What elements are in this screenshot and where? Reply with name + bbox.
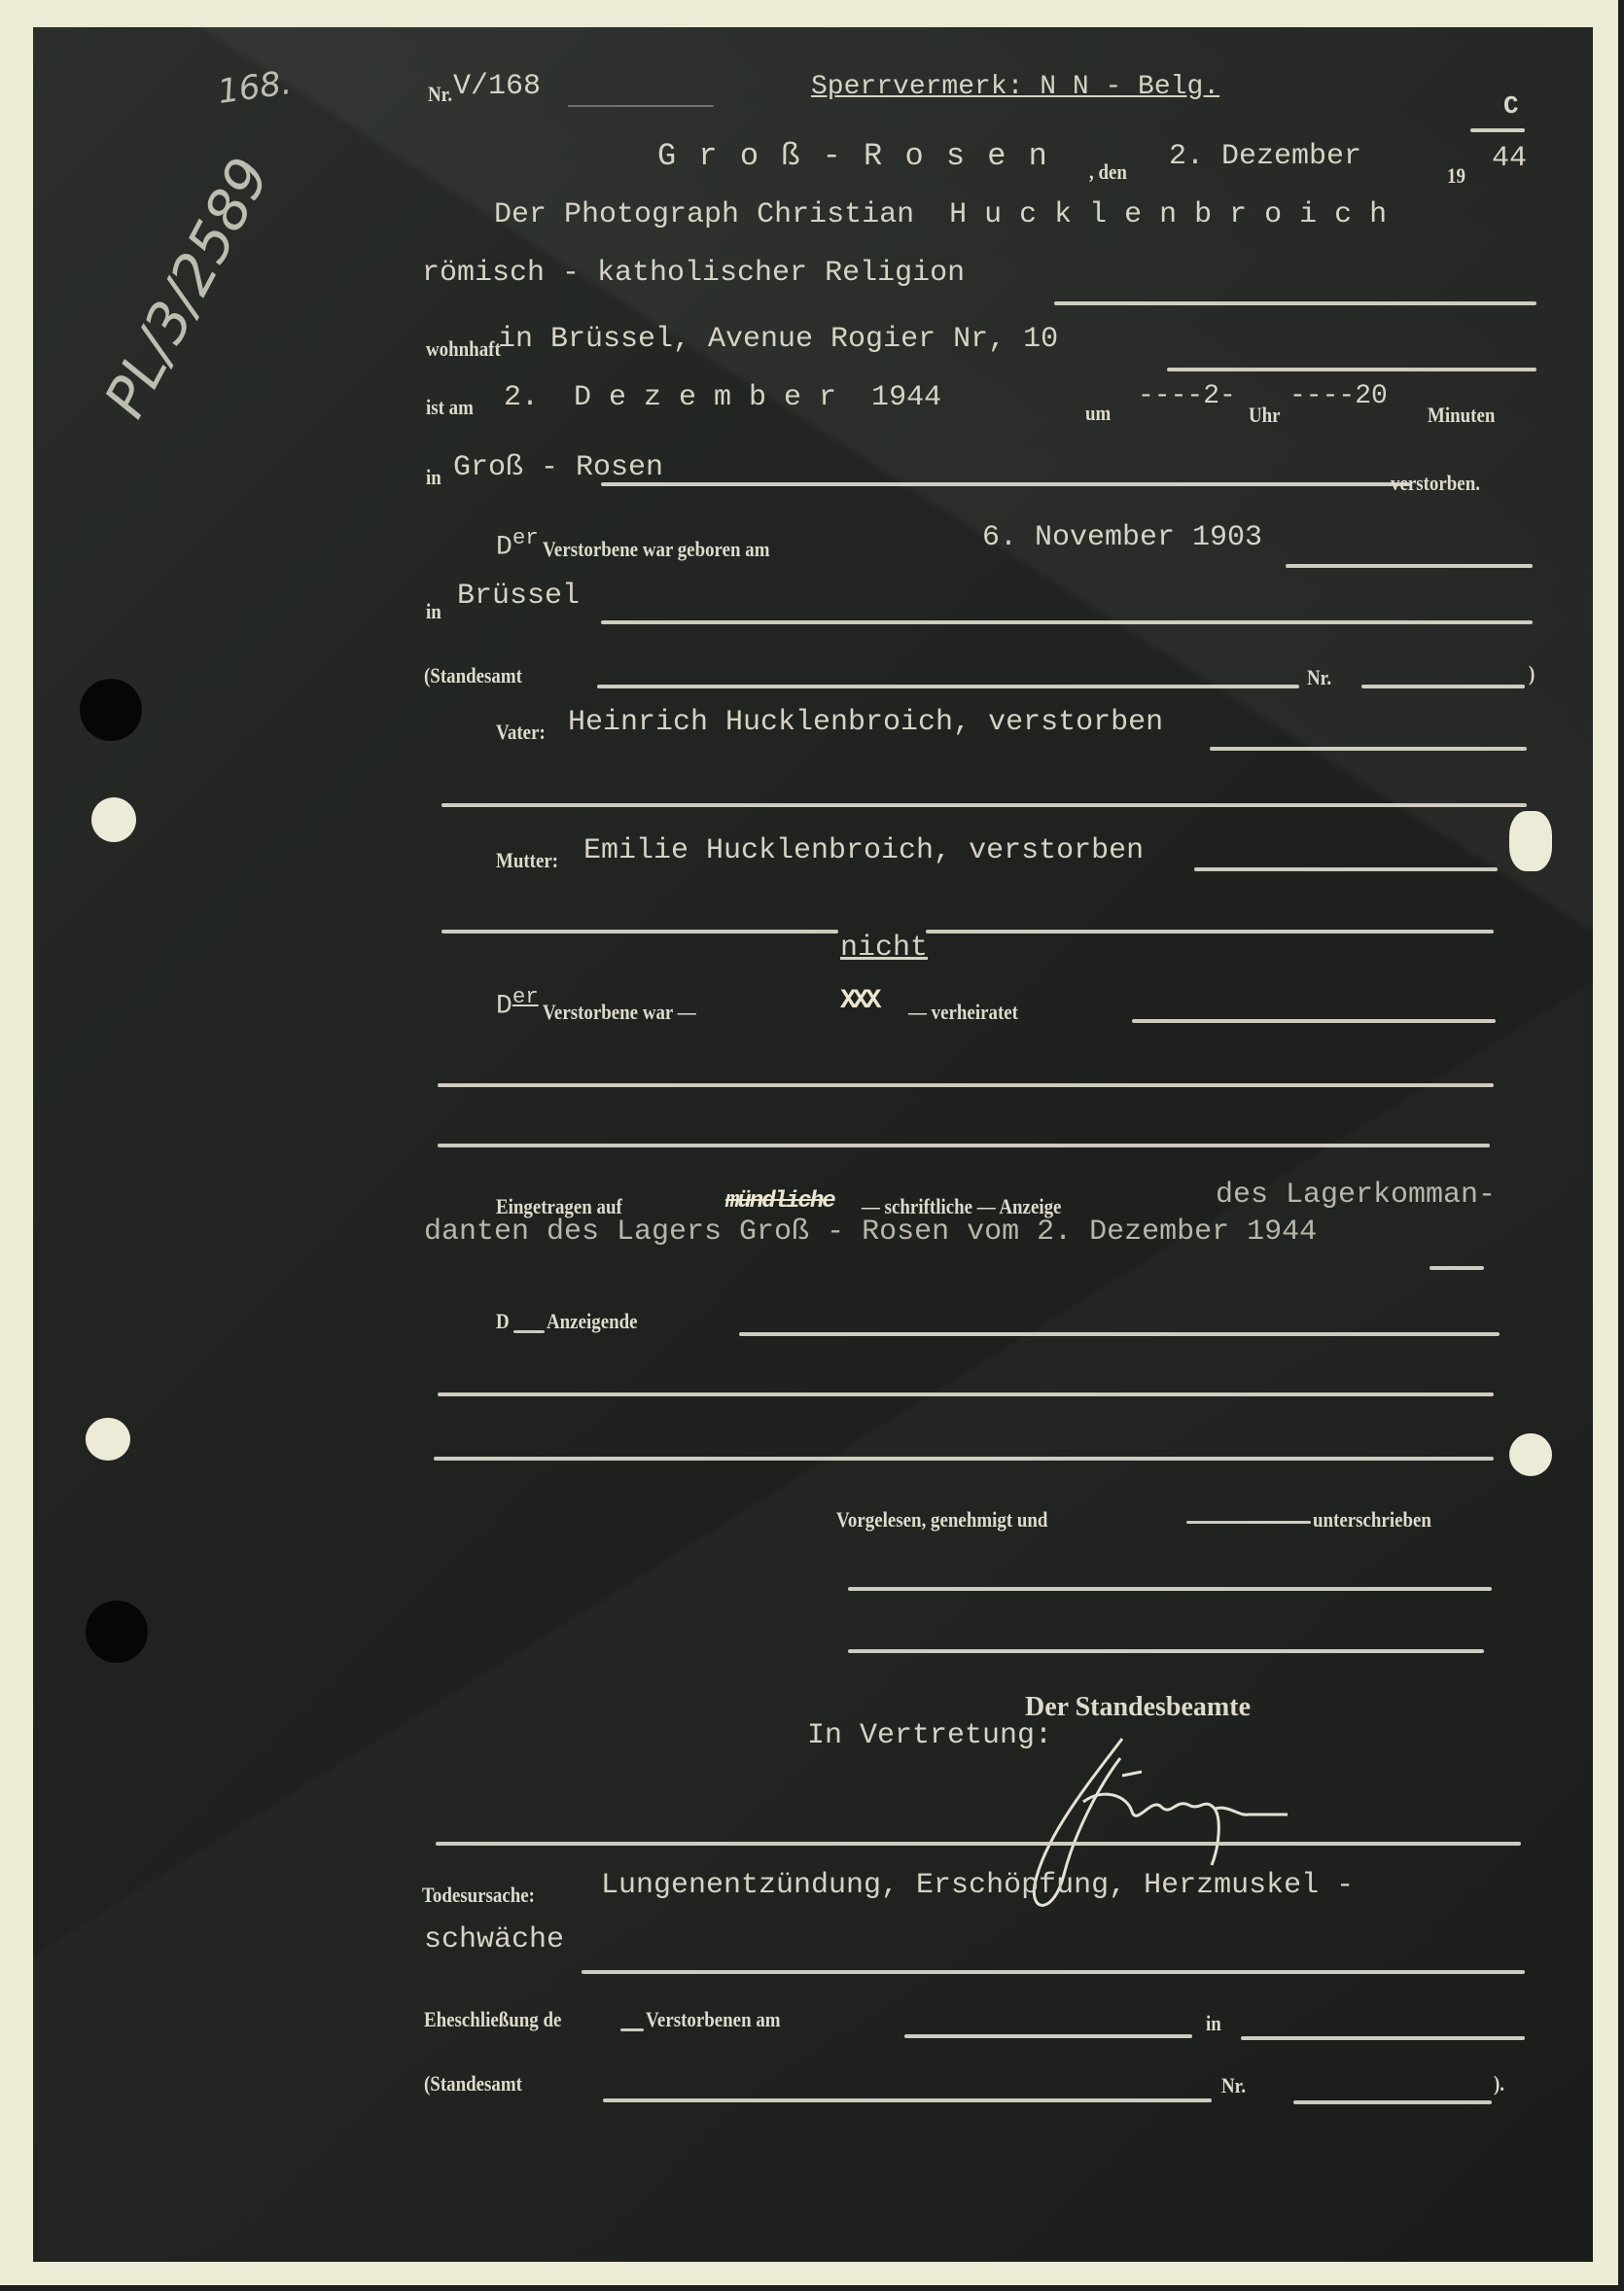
birth-place-prefix: in — [426, 599, 441, 624]
registration-text-1: des Lagerkomman- — [1216, 1179, 1496, 1212]
place: G r o ß - R o s e n — [657, 138, 1049, 174]
informant-label: Anzeigende — [547, 1309, 638, 1334]
informant-gap-line — [513, 1330, 545, 1333]
cause-label: Todesursache: — [422, 1883, 535, 1908]
birth-close: ) — [1529, 661, 1535, 687]
deceased-name: Christian H u c k l e n b r o i c h — [757, 198, 1387, 231]
father-label: Vater: — [496, 720, 546, 745]
punch-hole — [86, 1418, 130, 1461]
residence-line — [1167, 368, 1536, 371]
punch-hole — [86, 1601, 148, 1663]
punch-hole — [80, 679, 142, 741]
residence-label: wohnhaft — [426, 336, 501, 362]
uhr-label: Uhr — [1249, 403, 1281, 428]
religion-line — [1054, 301, 1536, 305]
cause-line-1: Lungenentzündung, Erschöpfung, Herzmuske… — [601, 1869, 1354, 1902]
approval-gap-line — [1186, 1521, 1311, 1524]
deceased-intro: Der Photograph Christian H u c k l e n b… — [494, 198, 1387, 231]
informant-line — [739, 1332, 1500, 1336]
blank-line — [438, 1144, 1490, 1147]
marriage-place-line — [1241, 2036, 1525, 2040]
marriage-label: Eheschließung de — [424, 2007, 561, 2032]
marital-line — [1132, 1019, 1496, 1023]
nr-label: Nr. — [428, 82, 452, 107]
nr-underline — [568, 105, 714, 107]
document-page: 168. PL/3/2589 Nr. V/168 Sperrvermerk: N… — [33, 27, 1593, 2262]
mother-line-2b — [926, 930, 1494, 934]
year-prefix: 19 — [1447, 163, 1465, 189]
death-place: Groß - Rosen — [453, 451, 663, 484]
marriage-gap-line — [620, 2028, 644, 2031]
marital-inserted: nicht — [840, 932, 928, 965]
official-line — [436, 1842, 1521, 1846]
informant-d: D — [496, 1309, 510, 1334]
um-label: um — [1085, 401, 1111, 426]
marriage-close: ). — [1494, 2071, 1504, 2097]
mother-line — [1194, 867, 1498, 871]
death-place-line — [601, 482, 1410, 486]
birth-place-line — [601, 620, 1533, 624]
marriage-label-2: Verstorbenen am — [646, 2007, 781, 2032]
letter-code: C — [1503, 91, 1519, 121]
marital-suffix: — verheiratet — [908, 1000, 1018, 1025]
marriage-standesamt-line — [603, 2098, 1212, 2102]
death-minutes: ----20 — [1289, 381, 1388, 411]
birth-label-prefix: Der — [496, 525, 539, 562]
birth-date-line — [1286, 564, 1533, 568]
birth-nr-label: Nr. — [1307, 665, 1331, 690]
signature-line — [848, 1649, 1484, 1653]
residence: in Brüssel, Avenue Rogier Nr, 10 — [498, 323, 1058, 356]
approval-end: unterschrieben — [1313, 1507, 1431, 1533]
marriage-in-label: in — [1206, 2011, 1221, 2036]
father-line — [1210, 747, 1527, 751]
blank-line — [438, 1392, 1494, 1396]
verstorben-label: verstorben. — [1391, 471, 1480, 496]
registration-text-2: danten des Lagers Groß - Rosen vom 2. De… — [424, 1216, 1317, 1249]
marriage-nr-line — [1293, 2100, 1492, 2104]
father-line-2 — [441, 803, 1527, 807]
marital-label: Verstorbene war — — [543, 1000, 696, 1025]
occupation: Photograph — [564, 198, 739, 231]
year-suffix: 44 — [1492, 142, 1527, 175]
marriage-date-line — [904, 2034, 1192, 2038]
signature-line — [848, 1587, 1492, 1591]
blank-line — [438, 1083, 1494, 1087]
birth-label: Verstorbene war geboren am — [543, 537, 769, 562]
religion: römisch - katholischer Religion — [422, 257, 965, 290]
mother-label: Mutter: — [496, 848, 558, 873]
death-place-prefix: in — [426, 465, 441, 490]
date: 2. Dezember — [1169, 140, 1361, 173]
approval-label: Vorgelesen, genehmigt und — [836, 1507, 1047, 1533]
minuten-label: Minuten — [1428, 403, 1495, 428]
birth-standesamt-line — [597, 685, 1299, 688]
marriage-standesamt-label: (Standesamt — [424, 2071, 522, 2097]
blocking-note: Sperrvermerk: N N - Belg. — [811, 72, 1219, 102]
scan-edge — [0, 2285, 1624, 2291]
marital-struck-text: XXX — [840, 986, 877, 1016]
punch-hole — [91, 797, 136, 842]
birth-date: 6. November 1903 — [982, 521, 1262, 554]
cause-line-2: schwäche — [424, 1923, 564, 1956]
birth-nr-line — [1361, 685, 1525, 688]
mother-name: Emilie Hucklenbroich, verstorben — [583, 834, 1144, 867]
cause-line — [582, 1970, 1525, 1974]
marriage-nr-label: Nr. — [1221, 2073, 1246, 2098]
death-date: 2. D e z e m b e r 1944 — [504, 381, 941, 414]
nr-value: V/168 — [453, 70, 541, 103]
punch-hole — [1509, 811, 1552, 871]
punch-hole — [1509, 1433, 1552, 1476]
scan-edge — [1618, 0, 1624, 2291]
den-label: , den — [1089, 159, 1127, 185]
death-hour: ----2- — [1138, 381, 1236, 411]
registration-struck-text: mündliche — [725, 1188, 834, 1215]
marital-label-prefix: Der — [496, 984, 539, 1021]
mother-line-2a — [441, 930, 838, 934]
registration-line — [1430, 1266, 1484, 1270]
birth-place: Brüssel — [457, 580, 580, 613]
father-name: Heinrich Hucklenbroich, verstorben — [568, 706, 1163, 739]
blank-line — [434, 1457, 1494, 1461]
birth-standesamt-label: (Standesamt — [424, 663, 522, 688]
death-date-label: ist am — [426, 395, 474, 420]
letter-code-underline — [1470, 128, 1525, 132]
